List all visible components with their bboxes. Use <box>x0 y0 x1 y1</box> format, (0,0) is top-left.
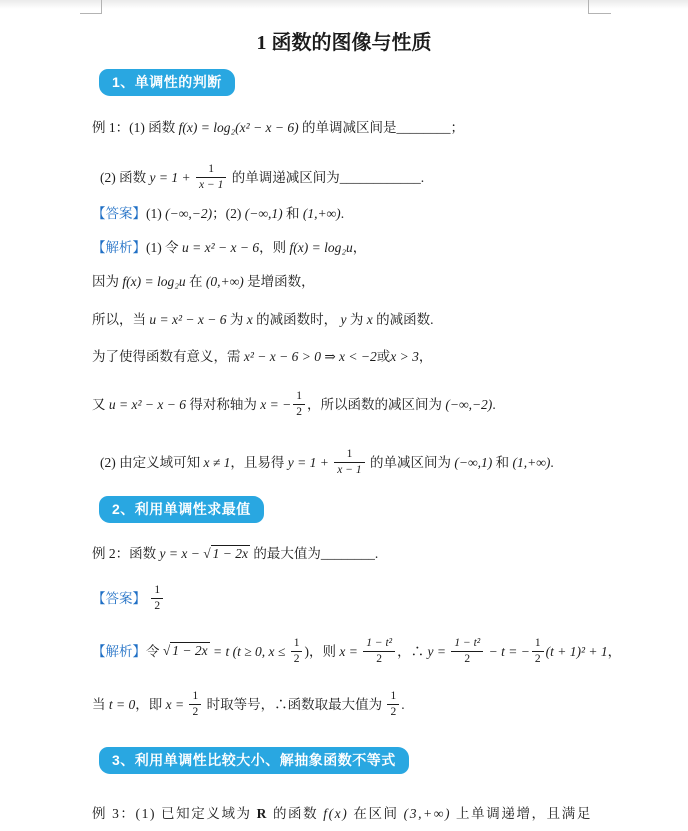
text-run: 时取等号，∴函数取最大值为 <box>203 696 385 711</box>
section2-badge: 2、利用单调性求最值 <box>99 496 264 523</box>
text-run: ，即 <box>135 696 165 711</box>
crop-mark-right <box>588 0 611 14</box>
math-run: (−∞,−2) <box>445 396 492 411</box>
text-run: 的减函数. <box>373 312 434 327</box>
text-run: ；(2) <box>212 206 245 221</box>
analysis-label: 【解析】 <box>92 643 146 658</box>
text-run: 所以，当 <box>92 312 149 327</box>
sqrt-expression: √1 − 2x <box>163 642 210 660</box>
math-run: − t = − <box>485 643 530 658</box>
text-run: . <box>421 169 424 184</box>
fraction: 12 <box>151 584 163 613</box>
text-run: . <box>341 206 344 221</box>
denominator: 2 <box>387 705 399 719</box>
math-run: y = 1 + <box>288 454 332 469</box>
math-run: t = 0 <box>109 696 135 711</box>
text-run: ， <box>353 240 367 255</box>
radicand: 1 − 2x <box>211 545 250 561</box>
text-run: ，且易得 <box>230 454 287 469</box>
text-run: 的单调减区间是 <box>299 120 397 135</box>
text-run: 的单减区间为 <box>367 454 455 469</box>
text-run: . <box>401 696 404 711</box>
ex3-question: 例 3：(1) 已知定义域为 R 的函数 f(x) 在区间 (3,+∞) 上单调… <box>92 805 592 823</box>
text-run: (1) 令 <box>146 240 182 255</box>
text-run: 例 2：函数 <box>92 546 160 561</box>
section3-badge: 3、利用单调性比较大小、解抽象函数不等式 <box>99 747 409 774</box>
text-run: 又 <box>92 396 109 411</box>
answer-label: 【答案】 <box>92 206 146 221</box>
numerator: 1 <box>151 584 163 599</box>
math-run: u = x² − x − 6 <box>182 240 259 255</box>
math-run: (0,+∞) <box>206 274 244 289</box>
fraction: 12 <box>532 637 544 666</box>
text-run: ， <box>608 643 622 658</box>
numerator: 1 <box>293 390 305 405</box>
math-run: f(x) <box>323 806 348 821</box>
radical-icon: √ <box>203 546 210 561</box>
ex1-question-2: (2) 函数 y = 1 + 1x − 1 的单调递减区间为__________… <box>100 164 424 193</box>
text-run: (2) 函数 <box>100 169 150 184</box>
math-run: (t ≥ 0, x ≤ <box>229 643 288 658</box>
math-run: (−∞,−2) <box>165 206 212 221</box>
fraction: 1 − t²2 <box>451 637 483 666</box>
math-run: (1,+∞) <box>303 206 341 221</box>
math-run: y = <box>427 643 449 658</box>
ex2-answer: 【答案】 12 <box>92 585 165 614</box>
math-run: f(x) = log₂(x² − x − 6) <box>179 120 299 135</box>
fraction: 1x − 1 <box>334 448 364 477</box>
text-run: 或 <box>377 349 391 364</box>
text-run: 和 <box>283 206 303 221</box>
denominator: 2 <box>363 652 395 666</box>
math-run: f(x) = log₂u <box>122 274 185 289</box>
text-run: 令 <box>146 643 163 658</box>
math-run: (t + 1)² + 1 <box>546 643 608 658</box>
text-run: ，则 <box>259 240 289 255</box>
text-run: 因为 <box>92 274 122 289</box>
answer-blank: ________ <box>321 546 375 561</box>
text-run: . <box>492 396 495 411</box>
doc-title: 1 函数的图像与性质 <box>0 26 688 55</box>
text-run: ，所以函数的减区间为 <box>307 396 445 411</box>
fraction: 1x − 1 <box>196 163 226 192</box>
text-run: 为 <box>347 312 367 327</box>
numerator: 1 <box>532 637 544 652</box>
text-run: 的函数 <box>268 806 323 821</box>
section1-badge: 1、单调性的判断 <box>99 69 235 96</box>
math-run: x = <box>166 696 188 711</box>
ex1-analysis-1: 【解析】(1) 令 u = x² − x − 6，则 f(x) = log₂u， <box>92 239 366 257</box>
math-run: y = x − <box>160 546 204 561</box>
numerator: 1 − t² <box>363 637 395 652</box>
math-run: x² − x − 6 > 0 ⇒ x < −2 <box>244 349 377 364</box>
text-run: ，∴ <box>397 643 427 658</box>
numerator: 1 <box>387 690 399 705</box>
text-run: ； <box>451 120 465 135</box>
radicand: 1 − 2x <box>170 642 209 658</box>
answer-label: 【答案】 <box>92 590 146 605</box>
numerator: 1 <box>291 637 303 652</box>
numerator: 1 <box>196 163 226 178</box>
math-run: = t <box>210 643 230 658</box>
denominator: 2 <box>451 652 483 666</box>
ex1-analysis-6: (2) 由定义域可知 x ≠ 1，且易得 y = 1 + 1x − 1 的单减区… <box>100 449 554 478</box>
text-run: (2) 由定义域可知 <box>100 454 204 469</box>
numerator: 1 <box>334 448 364 463</box>
text-run: . <box>550 454 553 469</box>
sqrt-expression: √1 − 2x <box>203 545 250 563</box>
document-page: 1 函数的图像与性质 1、单调性的判断 例 1：(1) 函数 f(x) = lo… <box>0 0 688 831</box>
text-run: )，则 <box>304 643 339 658</box>
math-run: x = − <box>260 396 291 411</box>
text-run: 当 <box>92 696 109 711</box>
math-run: (−∞,1) <box>245 206 283 221</box>
math-run: f(x) = log₂u <box>290 240 353 255</box>
analysis-label: 【解析】 <box>92 240 146 255</box>
math-run: (3,+∞) <box>404 806 451 821</box>
fraction: 12 <box>293 390 305 419</box>
math-run: u = x² − x − 6 <box>149 312 226 327</box>
numerator: 1 − t² <box>451 637 483 652</box>
text-run: 在区间 <box>348 806 403 821</box>
page-top-edge <box>0 0 688 9</box>
ex2-analysis-2: 当 t = 0，即 x = 12 时取等号，∴函数取最大值为 12. <box>92 691 405 720</box>
fraction: 12 <box>189 690 201 719</box>
denominator: x − 1 <box>334 463 364 477</box>
denominator: 2 <box>532 652 544 666</box>
text-run <box>146 590 149 605</box>
answer-blank: ____________ <box>340 169 421 184</box>
math-run: x > 3 <box>390 349 419 364</box>
denominator: x − 1 <box>196 178 226 192</box>
answer-blank: ________ <box>397 120 451 135</box>
ex1-answer: 【答案】(1) (−∞,−2)；(2) (−∞,1) 和 (1,+∞). <box>92 205 344 223</box>
ex2-analysis-1: 【解析】令 √1 − 2x = t (t ≥ 0, x ≤ 12)，则 x = … <box>92 638 621 667</box>
denominator: 2 <box>293 405 305 419</box>
text-run: 是增函数， <box>244 274 315 289</box>
text-run: 的单调递减区间为 <box>228 169 339 184</box>
math-run: u = x² − x − 6 <box>109 396 186 411</box>
text-run: 例 1：(1) 函数 <box>92 120 179 135</box>
text-run: ， <box>419 349 433 364</box>
text-run: 的最大值为 <box>250 546 321 561</box>
text-run: 上单调递增，且满足 <box>451 806 592 821</box>
text-run: 为了使得函数有意义，需 <box>92 349 244 364</box>
ex1-analysis-2: 因为 f(x) = log₂u 在 (0,+∞) 是增函数， <box>92 273 315 291</box>
fraction: 12 <box>291 637 303 666</box>
fraction: 1 − t²2 <box>363 637 395 666</box>
math-run: R <box>257 806 268 821</box>
math-run: y = 1 + <box>150 169 194 184</box>
math-run: (−∞,1) <box>454 454 492 469</box>
text-run: 在 <box>186 274 206 289</box>
ex2-question: 例 2：函数 y = x − √1 − 2x 的最大值为________. <box>92 545 378 563</box>
fraction: 12 <box>387 690 399 719</box>
numerator: 1 <box>189 690 201 705</box>
denominator: 2 <box>151 599 163 613</box>
text-run: 的减函数时， <box>253 312 341 327</box>
ex1-question-1: 例 1：(1) 函数 f(x) = log₂(x² − x − 6) 的单调减区… <box>92 119 464 137</box>
text-run: . <box>375 546 378 561</box>
text-run: (1) <box>146 206 165 221</box>
text-run: 和 <box>492 454 512 469</box>
text-run: 例 3：(1) 已知定义域为 <box>92 806 257 821</box>
ex1-analysis-4: 为了使得函数有意义，需 x² − x − 6 > 0 ⇒ x < −2或x > … <box>92 348 432 366</box>
crop-mark-left <box>80 0 102 14</box>
text-run: 为 <box>227 312 247 327</box>
ex1-analysis-3: 所以，当 u = x² − x − 6 为 x 的减函数时， y 为 x 的减函… <box>92 311 434 329</box>
denominator: 2 <box>291 652 303 666</box>
math-run: x ≠ 1 <box>204 454 231 469</box>
denominator: 2 <box>189 705 201 719</box>
text-run: 得对称轴为 <box>186 396 260 411</box>
math-run: x = <box>339 643 361 658</box>
math-run: (1,+∞) <box>512 454 550 469</box>
ex1-analysis-5: 又 u = x² − x − 6 得对称轴为 x = −12，所以函数的减区间为… <box>92 391 496 420</box>
